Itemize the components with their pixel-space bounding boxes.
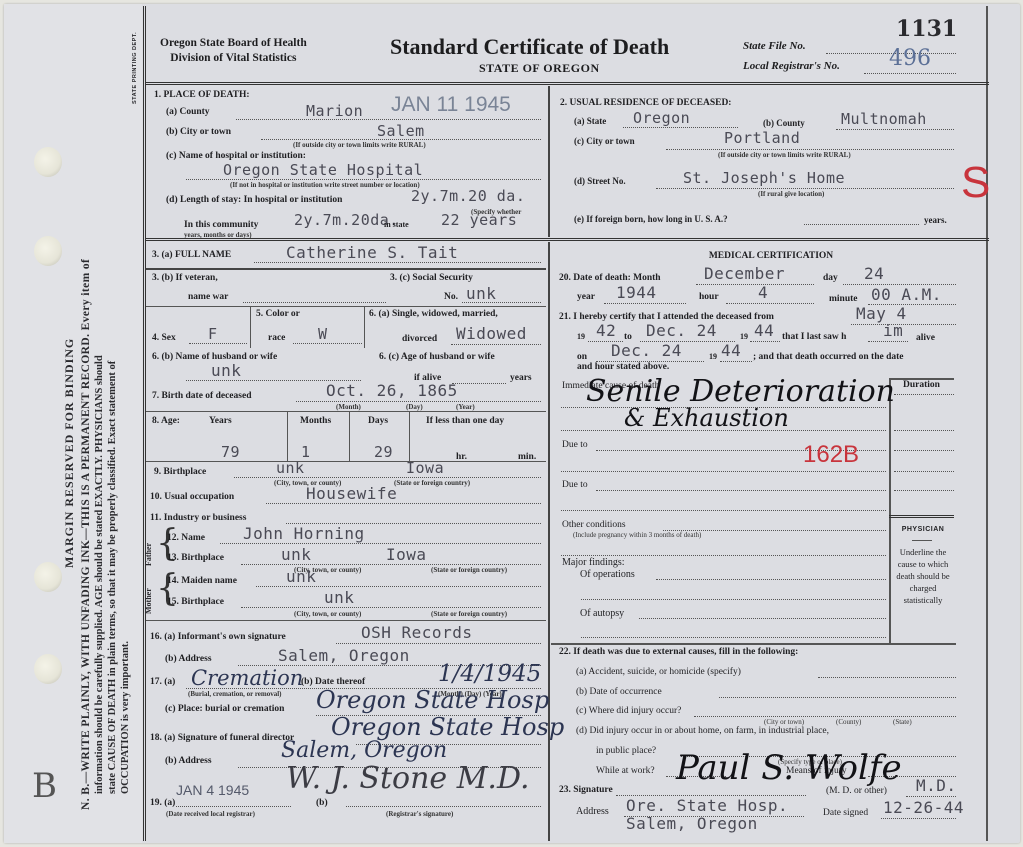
cell-divider — [364, 306, 365, 348]
disposition-label: 17. (a) — [150, 677, 175, 687]
duration-line — [894, 394, 954, 395]
operations-line — [656, 579, 886, 580]
informant-address-value: Salem, Oregon — [278, 646, 410, 665]
section-divider — [146, 238, 989, 241]
death-day-label: day — [823, 273, 838, 283]
spouse-age-label: 6. (c) Age of husband or wife — [379, 352, 495, 362]
instructions-line-4: OCCUPATION is very important. — [120, 641, 131, 794]
father-birthplace-line — [241, 564, 541, 565]
disposition-place-value: Oregon State Hosp — [316, 686, 549, 714]
spouse-value: unk — [211, 361, 241, 380]
father-birthplace-label: 13. Birthplace — [167, 553, 224, 563]
birth-date-value: Oct. 26, 1865 — [326, 381, 458, 400]
marital-label: 6. (a) Single, widowed, married, — [369, 309, 498, 319]
to-year-value: 44 — [754, 321, 774, 340]
physician-signature-label: 23. Signature — [559, 785, 613, 795]
sex-label: 4. Sex — [152, 333, 176, 343]
full-name-value: Catherine S. Tait — [286, 243, 458, 262]
day-note: (Day) — [406, 403, 423, 411]
race-label: race — [268, 333, 285, 343]
physician-address-label: Address — [576, 806, 609, 817]
mother-side-label: Mother — [144, 588, 153, 614]
disposition-note: (Burial, cremation, or removal) — [188, 690, 282, 698]
physician-box-divider — [889, 515, 954, 518]
cell-divider — [349, 411, 350, 461]
stay-state-value: 22 years — [441, 211, 517, 229]
mother-birthplace-line — [241, 607, 541, 608]
due-to-line — [596, 490, 886, 491]
instructions-line-3: state CAUSE OF DEATH in plain terms, so … — [107, 361, 118, 794]
local-registrar-number: 496 — [889, 46, 931, 71]
city-county-note: (City, town, or county) — [294, 610, 361, 618]
pregnancy-note: (Include pregnancy within 3 months of de… — [573, 531, 701, 539]
residence-county-label: (b) County — [763, 118, 805, 128]
md-line — [906, 796, 956, 797]
death-month-line — [696, 284, 814, 285]
registrar-signature-line — [346, 806, 541, 807]
due-to-line — [561, 471, 886, 472]
column-divider — [548, 242, 550, 841]
column-divider — [548, 86, 550, 237]
alive-label: alive — [916, 333, 935, 343]
injury-location-label: (c) Where did injury occur? — [576, 706, 681, 716]
death-hour-value: 4 — [758, 283, 768, 302]
full-name-label: 3. (a) FULL NAME — [152, 250, 231, 260]
agency-division: Division of Vital Statistics — [160, 51, 307, 66]
month-note: (Month) — [336, 403, 361, 411]
due-to-label-2: Due to — [562, 480, 588, 490]
residence-city-label: (c) City or town — [574, 136, 635, 146]
residence-city-value: Portland — [724, 129, 800, 147]
duration-line — [894, 471, 954, 472]
major-findings-label: Major findings: — [562, 557, 625, 568]
received-note: (Date received local registrar) — [166, 810, 255, 818]
institution-label: (c) Name of hospital or institution: — [166, 151, 306, 161]
sex-value: F — [208, 325, 218, 343]
residence-county-value: Multnomah — [841, 110, 927, 128]
death-year-label: year — [577, 292, 595, 302]
residence-street-note: (If rural give location) — [758, 190, 824, 198]
physician-heading: PHYSICIAN — [891, 526, 955, 533]
last-saw-line — [868, 341, 908, 342]
father-side-label: Father — [144, 543, 153, 566]
father-name-line — [220, 543, 541, 544]
autopsy-line — [581, 637, 886, 638]
other-conditions-line — [561, 555, 886, 556]
operations-label: Of operations — [580, 569, 635, 580]
printer-credit: STATE PRINTING DEPT. — [132, 32, 138, 104]
instructions-line-1: N. B.—WRITE PLAINLY, WITH UNFADING INK—T… — [80, 259, 92, 810]
spouse-age-line — [452, 383, 506, 384]
stay-label: (d) Length of stay: In hospital or insti… — [166, 195, 342, 205]
color-label: 5. Color or — [256, 309, 300, 319]
duration-label: Duration — [903, 380, 940, 390]
date-signed-label: Date signed — [823, 808, 868, 818]
city-label: (b) City or town — [166, 127, 231, 137]
age-label: 8. Age: — [152, 416, 180, 426]
date-signed-value: 12-26-44 — [883, 798, 964, 817]
nineteen-prefix: 19 — [577, 332, 585, 341]
age-days-value: 29 — [374, 443, 393, 461]
cell-divider — [409, 411, 410, 461]
nineteen-prefix: 19 — [709, 352, 717, 361]
state-file-number: 1131 — [896, 16, 957, 42]
sex-line — [189, 343, 247, 344]
to-year-line — [750, 341, 780, 342]
funeral-address-label: (b) Address — [165, 756, 212, 766]
public-place-label: in public place? — [596, 746, 656, 756]
binding-hole — [34, 147, 62, 177]
cell-divider — [287, 411, 288, 461]
external-causes-heading: 22. If death was due to external causes,… — [559, 647, 798, 657]
name-war-line — [243, 302, 386, 303]
handwritten-margin-mark: B — [32, 766, 57, 806]
death-hour-line — [726, 303, 814, 304]
mother-maiden-value: unk — [286, 567, 316, 586]
city-note: (If outside city or town limits write RU… — [293, 141, 426, 149]
row-divider — [551, 643, 956, 645]
county-note: (County) — [836, 718, 861, 726]
funeral-address-value: Salem, Oregon — [281, 738, 447, 763]
occurrence-date-line — [719, 697, 956, 698]
registrar-signature: W. J. Stone M.D. — [286, 761, 530, 796]
on-label: on — [577, 352, 587, 362]
medical-certification-heading: MEDICAL CERTIFICATION — [551, 251, 991, 261]
mother-maiden-label: 14. Maiden name — [167, 576, 237, 586]
residence-state-line — [623, 127, 738, 128]
row-divider — [146, 306, 546, 307]
registrar-note: (Registrar's signature) — [386, 810, 453, 818]
divorced-label: divorced — [402, 334, 437, 344]
due-to-line — [561, 510, 886, 511]
autopsy-label: Of autopsy — [580, 608, 624, 619]
foreign-born-unit: years. — [924, 215, 947, 225]
birthplace-label: 9. Birthplace — [154, 467, 206, 477]
injury-place-label: (d) Did injury occur in or about home, o… — [576, 726, 829, 736]
mother-birthplace-value: unk — [324, 588, 354, 607]
header-divider — [146, 82, 989, 85]
from-year-value: 42 — [596, 321, 616, 340]
state-country-note: (State or foreign country) — [431, 610, 507, 618]
institution-note: (If not in hospital or institution write… — [230, 181, 420, 189]
place-of-death-heading: 1. PLACE OF DEATH: — [154, 90, 250, 100]
duration-line — [894, 490, 954, 491]
institution-value: Oregon State Hospital — [223, 161, 423, 179]
funeral-director-label: 18. (a) Signature of funeral director — [150, 733, 294, 743]
marital-line — [451, 344, 541, 345]
informant-label: 16. (a) Informant's own signature — [150, 632, 286, 642]
last-seen-value: Dec. 24 — [611, 341, 682, 360]
state-country-note: (State or foreign country) — [394, 479, 470, 487]
other-conditions-label: Other conditions — [562, 520, 626, 530]
duration-line — [894, 430, 954, 431]
md-value: M.D. — [916, 776, 957, 795]
classification-code: 162B — [803, 441, 859, 469]
informant-line — [336, 643, 541, 644]
informant-value: OSH Records — [361, 623, 472, 642]
stay-institution-value: 2y.7m.20 da. — [411, 187, 525, 205]
ssn-label: 3. (c) Social Security — [390, 273, 473, 283]
age-months-label: Months — [300, 416, 331, 426]
last-saw-label: that I last saw h — [782, 332, 846, 342]
institution-line — [186, 179, 541, 180]
age-years-label: Years — [209, 416, 232, 426]
ssn-value: unk — [466, 284, 496, 303]
birth-date-line — [296, 401, 541, 402]
state-country-note: (State or foreign country) — [431, 566, 507, 574]
disposition-place-label: (c) Place: burial or cremation — [165, 704, 284, 714]
age-less-than-day-label: If less than one day — [426, 416, 504, 426]
mother-birthplace-label: 15. Birthplace — [167, 597, 224, 607]
occurred-label: ; and that death occurred on the date — [753, 352, 904, 362]
date-signed-line — [881, 818, 956, 819]
physician-signature: Paul S. Wolfe — [676, 748, 902, 788]
row-divider — [146, 268, 546, 270]
residence-city-line — [666, 149, 954, 150]
father-name-label: 12. Name — [167, 533, 205, 543]
full-name-line — [254, 262, 541, 263]
mother-maiden-line — [256, 586, 541, 587]
veteran-label: 3. (b) If veteran, — [152, 273, 218, 283]
row-divider — [146, 411, 546, 412]
residence-street-label: (d) Street No. — [574, 176, 626, 186]
death-county-value: Marion — [306, 102, 363, 120]
received-date-value: JAN 4 1945 — [176, 782, 249, 798]
foreign-born-label: (e) If foreign born, how long in U. S. A… — [574, 214, 728, 224]
death-hour-label: hour — [699, 292, 719, 302]
row-divider — [146, 620, 546, 621]
occupation-label: 10. Usual occupation — [150, 492, 234, 502]
injury-location-line — [694, 716, 956, 717]
residence-county-line — [836, 129, 954, 130]
years-label: years — [510, 373, 532, 383]
last-seen-year-value: 44 — [721, 341, 741, 360]
row-divider — [146, 461, 546, 462]
nineteen-prefix: 19 — [740, 332, 748, 341]
death-minute-value: 00 A.M. — [871, 285, 942, 304]
physician-note: Underline the cause to which death shoul… — [891, 546, 955, 606]
duration-line — [894, 450, 954, 451]
death-city-value: Salem — [377, 122, 425, 140]
autopsy-line — [639, 618, 886, 619]
funeral-director-value: Oregon State Hosp — [331, 713, 564, 741]
page-title: Standard Certificate of Death — [390, 34, 669, 60]
last-saw-value: im — [883, 321, 903, 340]
last-seen-year-line — [720, 361, 752, 362]
father-name-value: John Horning — [243, 524, 365, 543]
ssn-no-label: No. — [444, 292, 458, 302]
physician-rule — [912, 540, 932, 541]
local-registrar-line — [864, 73, 956, 74]
attended-from-line — [851, 324, 956, 325]
disposition-date-value: 1/4/1945 — [438, 661, 541, 687]
agency-block: Oregon State Board of Health Division of… — [160, 36, 307, 66]
instructions-line-2: information should be carefully supplied… — [94, 355, 105, 794]
received-date-stamp: JAN 11 1945 — [391, 93, 511, 117]
residence-state-label: (a) State — [574, 116, 606, 126]
agency-name: Oregon State Board of Health — [160, 36, 307, 51]
physician-address-line-2: Salem, Oregon — [626, 814, 758, 833]
residence-state-value: Oregon — [633, 109, 690, 127]
name-war-label: name war — [188, 292, 228, 302]
death-day-value: 24 — [864, 264, 884, 283]
father-birthplace-city-value: unk — [281, 545, 311, 564]
at-work-label: While at work? — [596, 766, 655, 776]
race-line — [293, 343, 362, 344]
residence-heading: 2. USUAL RESIDENCE OF DECEASED: — [560, 98, 731, 108]
local-registrar-label: Local Registrar's No. — [743, 60, 840, 72]
registrar-signature-label: (b) — [316, 798, 328, 808]
industry-label: 11. Industry or business — [150, 513, 246, 523]
death-minute-label: minute — [829, 294, 858, 304]
due-to-label-1: Due to — [562, 440, 588, 450]
age-years-value: 79 — [221, 443, 240, 461]
death-year-line — [604, 303, 686, 304]
state-note: (State) — [893, 718, 912, 726]
occupation-value: Housewife — [306, 484, 397, 503]
death-date-label: 20. Date of death: Month — [559, 273, 661, 283]
binding-note: MARGIN RESERVED FOR BINDING — [62, 338, 77, 568]
md-or-other-label: (M. D. or other) — [826, 786, 887, 796]
death-month-value: December — [704, 264, 785, 283]
binding-hole — [34, 236, 62, 266]
cell-divider — [250, 306, 251, 348]
page-subtitle: STATE OF OREGON — [479, 61, 600, 76]
physician-address-line-1: Ore. State Hosp. — [626, 796, 788, 815]
residence-street-value: St. Joseph's Home — [683, 169, 845, 187]
community-label: In this community — [184, 220, 258, 230]
operations-line — [581, 599, 886, 600]
birthplace-line — [234, 477, 541, 478]
city-town-note: (City or town) — [764, 718, 804, 726]
occupation-line — [266, 503, 541, 504]
received-line — [176, 806, 291, 807]
immediate-cause-line-2: & Exhaustion — [624, 404, 789, 432]
binding-hole — [34, 562, 62, 592]
residence-street-line — [656, 188, 954, 189]
death-year-value: 1944 — [616, 283, 657, 302]
attended-to-value: Dec. 24 — [646, 321, 717, 340]
year-note: (Year) — [456, 403, 475, 411]
binding-margin: MARGIN RESERVED FOR BINDING N. B.—WRITE … — [4, 4, 142, 843]
marital-value: Widowed — [456, 324, 527, 343]
birth-date-label: 7. Birth date of deceased — [152, 391, 251, 401]
stated-label: and hour stated above. — [577, 362, 669, 372]
accident-line — [818, 677, 956, 678]
red-review-mark: S — [961, 158, 990, 208]
foreign-born-line — [804, 224, 919, 225]
birthplace-city-value: unk — [276, 459, 305, 477]
occurrence-date-label: (b) Date of occurrence — [576, 687, 662, 697]
residence-city-note: (If outside city or town limits write RU… — [718, 151, 851, 159]
county-label: (a) County — [166, 107, 210, 117]
informant-address-label: (b) Address — [165, 654, 212, 664]
in-state-label: in state — [384, 220, 409, 229]
birthplace-state-value: Iowa — [406, 459, 444, 477]
race-value: W — [318, 325, 328, 343]
received-label: 19. (a) — [150, 798, 175, 808]
binding-hole — [34, 654, 62, 684]
state-file-label: State File No. — [743, 40, 806, 52]
father-birthplace-state-value: Iowa — [386, 545, 427, 564]
death-certificate-form: Oregon State Board of Health Division of… — [143, 6, 988, 841]
disposition-value: Cremation — [191, 666, 303, 690]
accident-label: (a) Accident, suicide, or homicide (spec… — [576, 667, 741, 677]
age-days-label: Days — [368, 416, 388, 426]
county-line — [236, 119, 541, 120]
